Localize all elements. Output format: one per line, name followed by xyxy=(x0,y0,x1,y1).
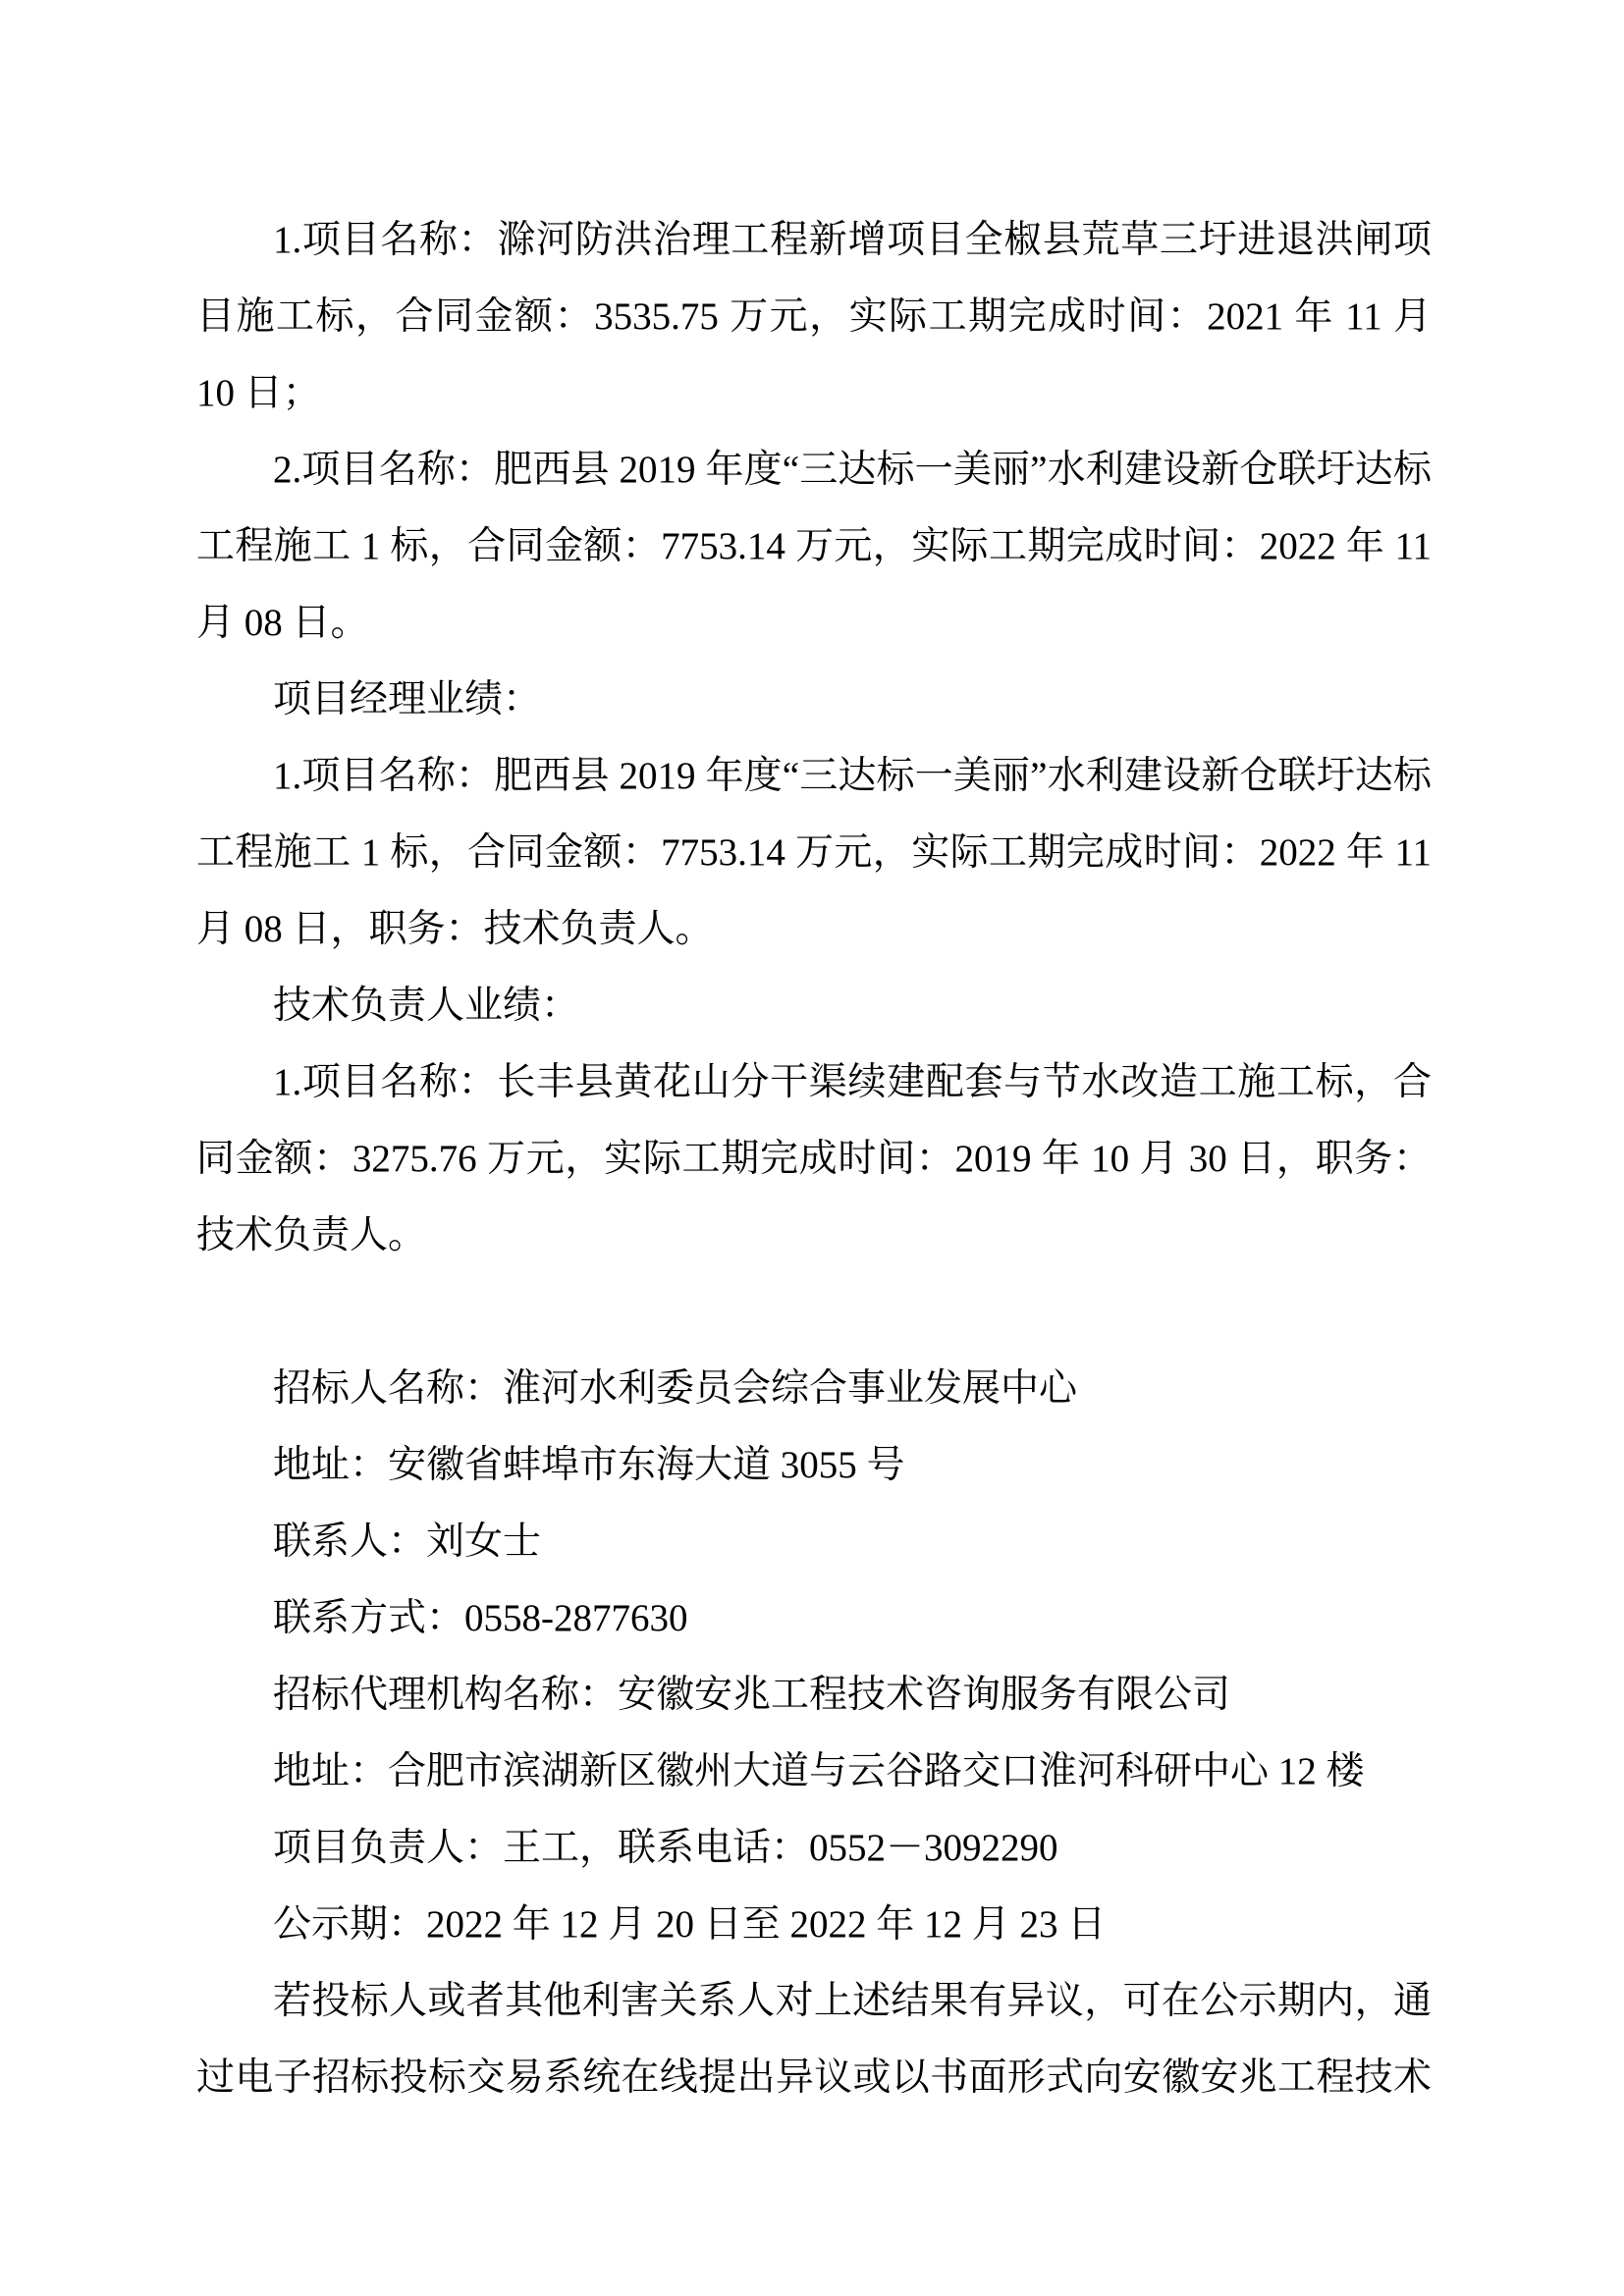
paragraph: 1.项目名称：长丰县黄花山分干渠续建配套与节水改造工施工标，合同金额：3275.… xyxy=(196,1044,1432,1274)
paragraph: 公示期：2022 年 12 月 20 日至 2022 年 12 月 23 日 xyxy=(196,1887,1432,1963)
paragraph: 项目负责人：王工，联系电话：0552－3092290 xyxy=(196,1810,1432,1887)
paragraph: 联系方式：0558-2877630 xyxy=(196,1580,1432,1657)
paragraph: 联系人：刘女士 xyxy=(196,1504,1432,1580)
paragraph: 招标人名称：淮河水利委员会综合事业发展中心 xyxy=(196,1351,1432,1427)
paragraph: 1.项目名称：滁河防洪治理工程新增项目全椒县荒草三圩进退洪闸项目施工标，合同金额… xyxy=(196,202,1432,432)
paragraph: 招标代理机构名称：安徽安兆工程技术咨询服务有限公司 xyxy=(196,1657,1432,1734)
paragraph: 技术负责人业绩： xyxy=(196,968,1432,1044)
paragraph: 若投标人或者其他利害关系人对上述结果有异议，可在公示期内，通过电子招标投标交易系… xyxy=(196,1963,1432,2116)
paragraph: 地址：安徽省蚌埠市东海大道 3055 号 xyxy=(196,1427,1432,1504)
paragraph: 地址：合肥市滨湖新区徽州大道与云谷路交口淮河科研中心 12 楼 xyxy=(196,1734,1432,1810)
paragraph: 项目经理业绩： xyxy=(196,662,1432,738)
document-page: { "colors": { "background": "#ffffff", "… xyxy=(0,0,1624,2296)
paragraph: 2.项目名称：肥西县 2019 年度“三达标一美丽”水利建设新仓联圩达标工程施工… xyxy=(196,432,1432,662)
page-content: 1.项目名称：滁河防洪治理工程新增项目全椒县荒草三圩进退洪闸项目施工标，合同金额… xyxy=(196,202,1432,2116)
paragraph: 1.项目名称：肥西县 2019 年度“三达标一美丽”水利建设新仓联圩达标工程施工… xyxy=(196,738,1432,968)
blank-line xyxy=(196,1274,1432,1351)
